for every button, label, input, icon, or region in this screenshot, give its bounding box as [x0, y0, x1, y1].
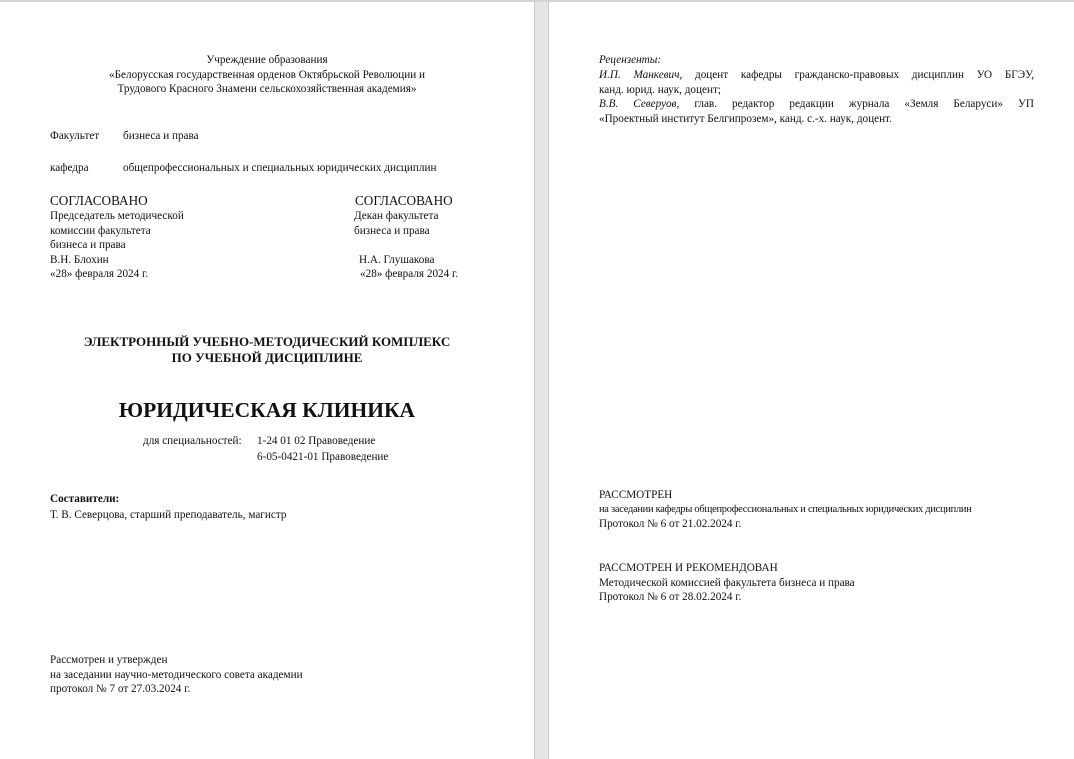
reviewer-1-degree: канд. юрид. наук, доцент; — [599, 83, 721, 98]
approval-right-line: бизнеса и права — [354, 224, 430, 239]
reviewer-2-position: глав. редактор редакции журнала «Земля Б… — [694, 98, 1034, 110]
document-page-2: Рецензенты: И.П. Манкевич, доцент кафедр… — [548, 2, 1074, 759]
institution-type: Учреждение образования — [0, 53, 534, 68]
approval-left-line: Председатель методической — [50, 209, 184, 224]
document-page-1: Учреждение образования «Белорусская госу… — [0, 2, 535, 759]
approval-left-line: бизнеса и права — [50, 238, 126, 253]
reviewed-protocol: Протокол № 6 от 21.02.2024 г. — [599, 517, 741, 532]
faculty-label: Факультет — [50, 129, 99, 144]
specialty-item: 1-24 01 02 Правоведение — [257, 434, 375, 449]
reviewer-1-position: доцент кафедры гражданско-правовых дисци… — [695, 69, 1034, 81]
complex-title-line1: ЭЛЕКТРОННЫЙ УЧЕБНО-МЕТОДИЧЕСКИЙ КОМПЛЕКС — [0, 334, 534, 350]
approval-right-heading: СОГЛАСОВАНО — [355, 193, 453, 208]
reviewed-heading: РАССМОТРЕН — [599, 488, 672, 503]
faculty-value: бизнеса и права — [123, 129, 199, 144]
authors-text: Т. В. Северцова, старший преподаватель, … — [50, 508, 286, 523]
reviewers-heading: Рецензенты: — [599, 53, 661, 68]
recommended-heading: РАССМОТРЕН И РЕКОМЕНДОВАН — [599, 561, 778, 576]
institution-name-line1: «Белорусская государственная орденов Окт… — [0, 68, 534, 83]
council-line1: Рассмотрен и утвержден — [50, 653, 167, 668]
approval-left-heading: СОГЛАСОВАНО — [50, 193, 148, 208]
specialty-item: 6-05-0421-01 Правоведение — [257, 450, 388, 465]
specialties-label: для специальностей: — [143, 434, 242, 449]
reviewer-2-degree: «Проектный институт Белгипрозем», канд. … — [599, 112, 892, 127]
recommended-commission: Методической комиссией факультета бизнес… — [599, 576, 855, 591]
approval-left-signatory: В.Н. Блохин — [50, 253, 109, 268]
reviewer-2-name: В.В. Северуов, — [599, 98, 679, 110]
reviewed-meeting: на заседании кафедры общепрофессиональны… — [599, 503, 972, 518]
approval-right-signatory: Н.А. Глушакова — [359, 253, 435, 268]
approval-left-line: комиссии факультета — [50, 224, 151, 239]
approval-right-date: «28» февраля 2024 г. — [360, 267, 458, 282]
reviewer-2-line1: В.В. Северуов, глав. редактор редакции ж… — [599, 97, 1034, 112]
council-protocol: протокол № 7 от 27.03.2024 г. — [50, 682, 190, 697]
discipline-title: ЮРИДИЧЕСКАЯ КЛИНИКА — [0, 397, 534, 423]
approval-left-date: «28» февраля 2024 г. — [50, 267, 148, 282]
complex-title-line2: ПО УЧЕБНОЙ ДИСЦИПЛИНЕ — [0, 350, 534, 366]
department-label: кафедра — [50, 161, 89, 176]
reviewer-1-line1: И.П. Манкевич, доцент кафедры гражданско… — [599, 68, 1034, 83]
department-value: общепрофессиональных и специальных юриди… — [123, 161, 436, 176]
approval-right-line: Декан факультета — [354, 209, 438, 224]
recommended-protocol: Протокол № 6 от 28.02.2024 г. — [599, 590, 741, 605]
authors-heading: Составители: — [50, 492, 119, 507]
council-line2: на заседании научно-методического совета… — [50, 668, 303, 683]
institution-name-line2: Трудового Красного Знамени сельскохозяйс… — [0, 82, 534, 97]
reviewer-1-name: И.П. Манкевич, — [599, 69, 682, 81]
